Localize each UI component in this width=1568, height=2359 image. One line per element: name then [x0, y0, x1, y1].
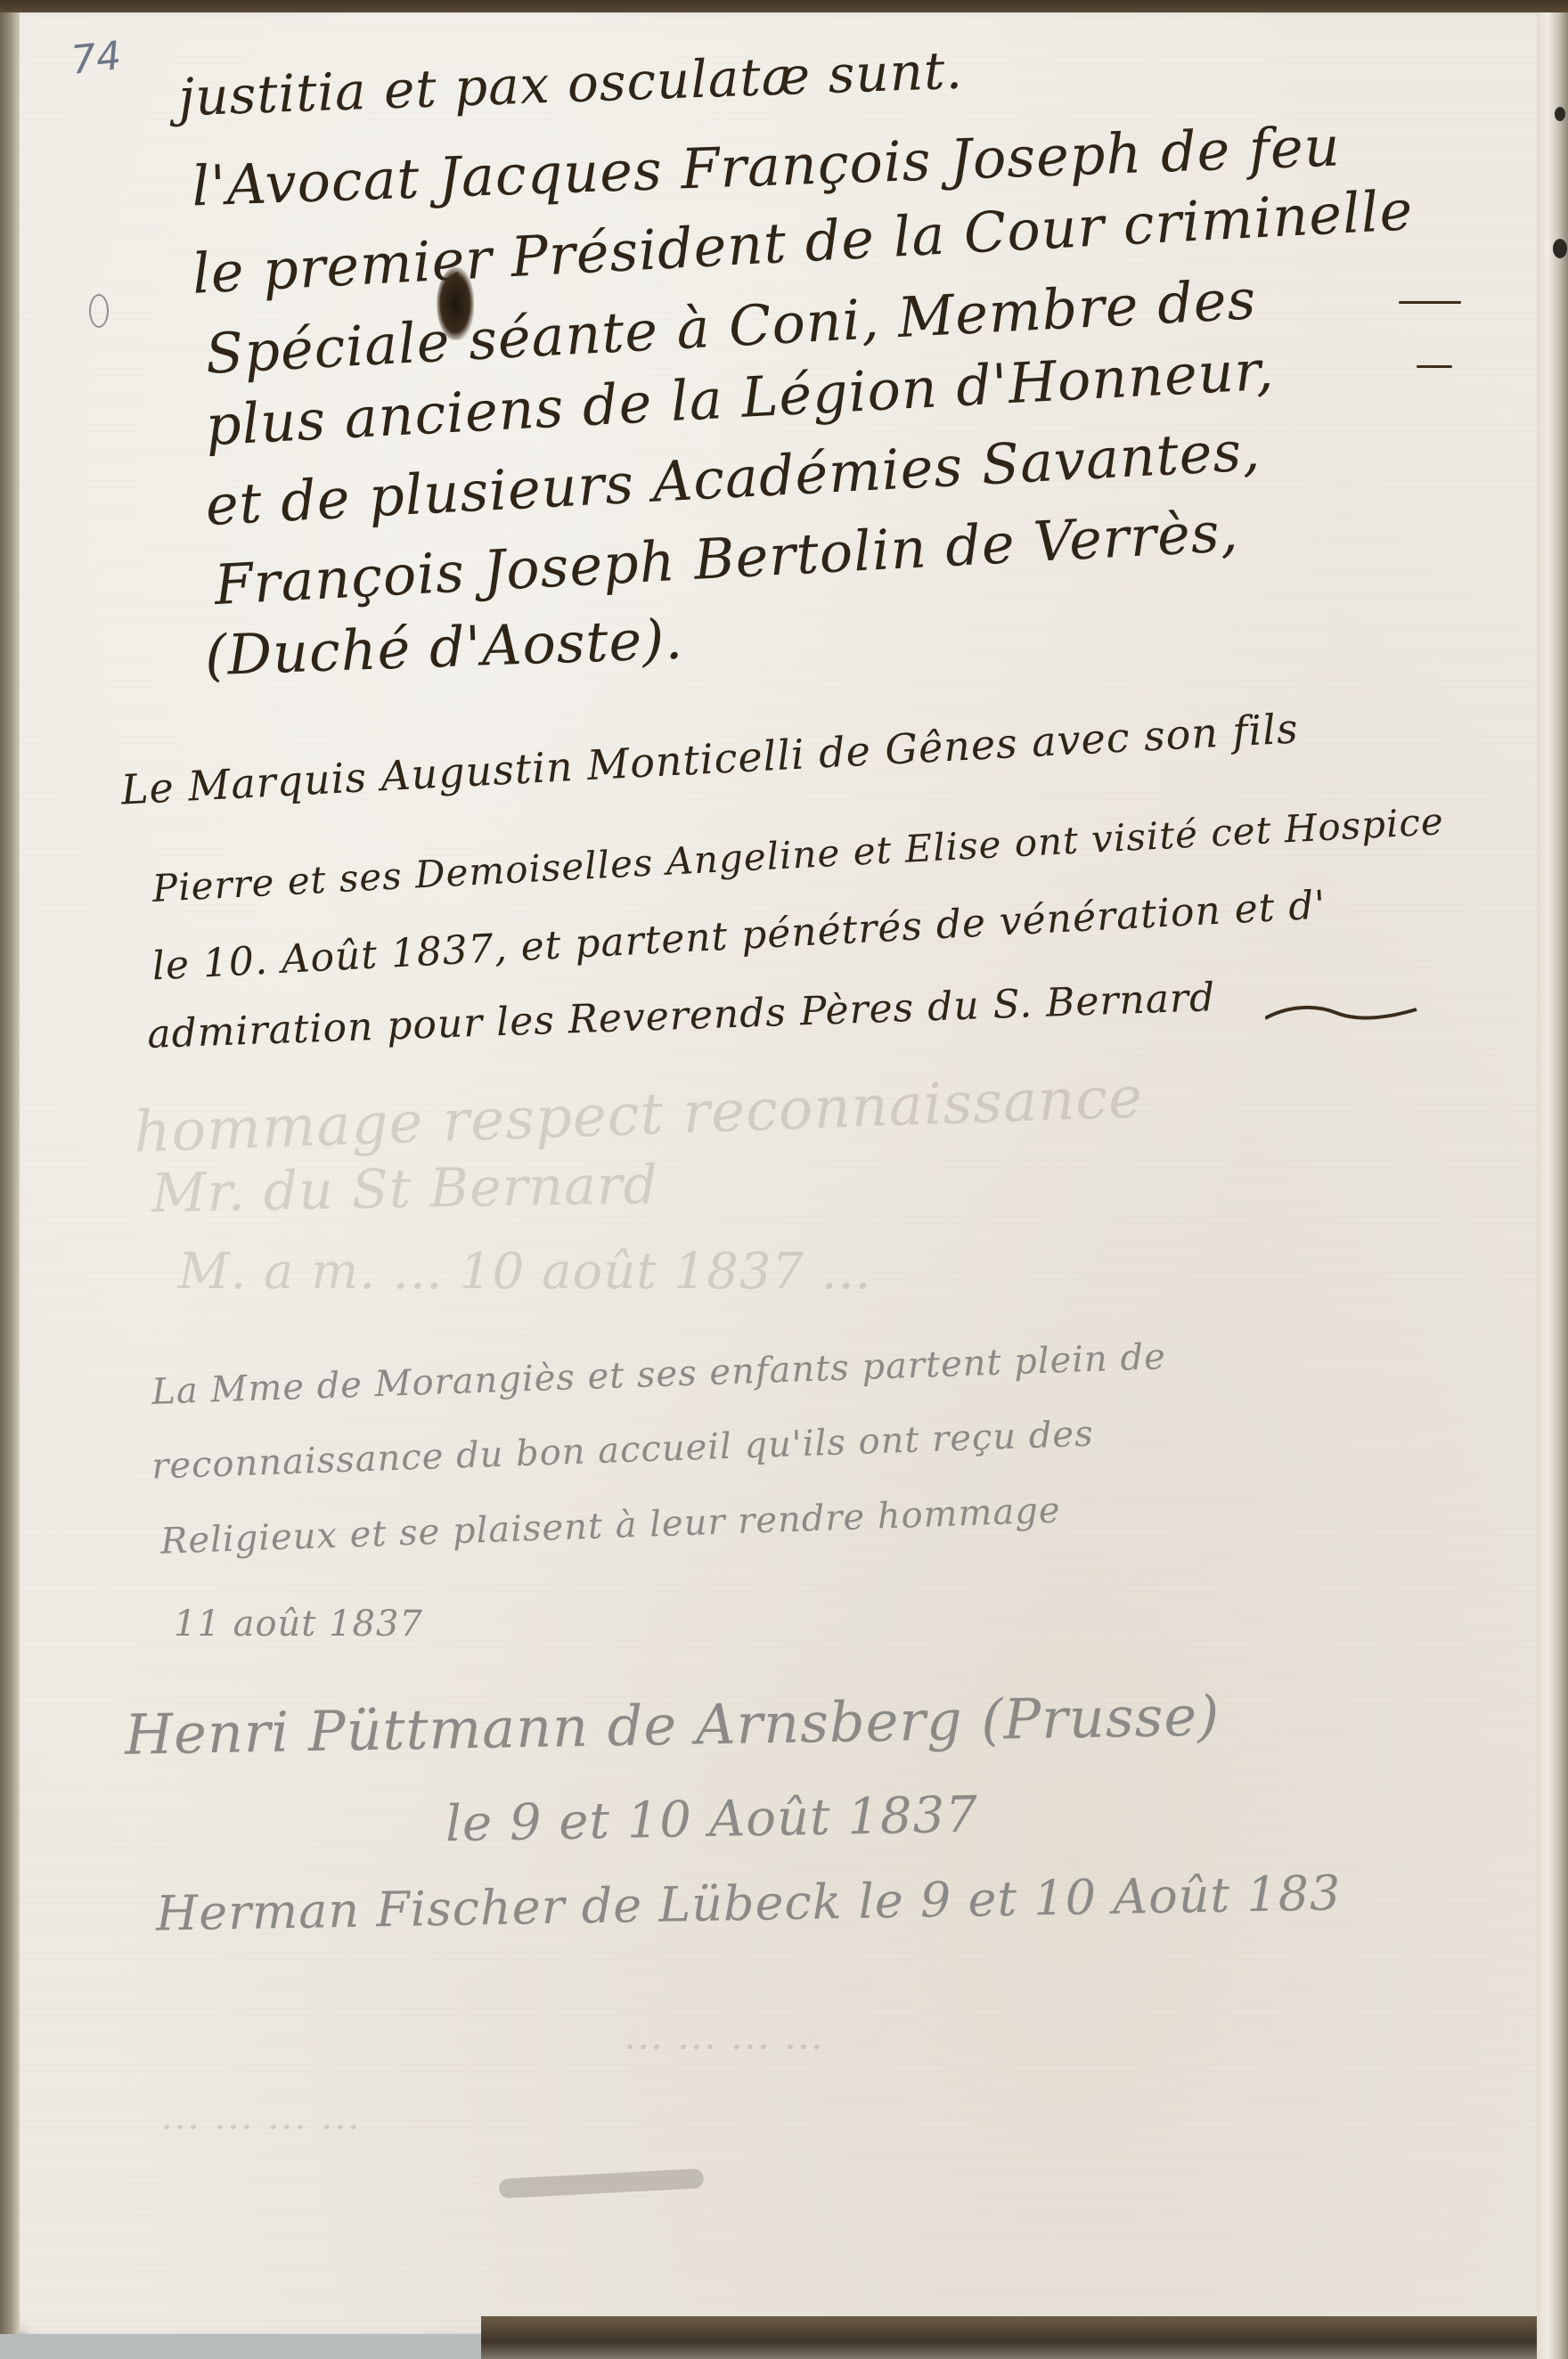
ink-blot [437, 267, 474, 340]
line-filler-dash [1399, 301, 1461, 304]
binding-hole [1553, 239, 1567, 258]
adjacent-page-edge [1537, 12, 1568, 2359]
bleed-line: Mr. du St Bernard [151, 1154, 658, 1225]
book-bottom-edge [481, 2316, 1537, 2359]
manuscript-date: 11 août 1837 [174, 1604, 423, 1645]
faded-line: ... ... ... ... [624, 2013, 824, 2059]
line-filler-dash [1417, 365, 1452, 368]
binding-hole [1555, 107, 1565, 121]
book-binding-edge [0, 12, 20, 2334]
manuscript-date: le 9 et 10 Août 1837 [445, 1786, 978, 1853]
page-number: 74 [69, 33, 123, 84]
faded-line: ... ... ... ... [160, 2094, 361, 2139]
margin-ring-mark [89, 294, 109, 328]
bleed-line: M. a m. ... 10 août 1837 ... [178, 1243, 871, 1301]
signature-flourish [1265, 993, 1425, 1029]
